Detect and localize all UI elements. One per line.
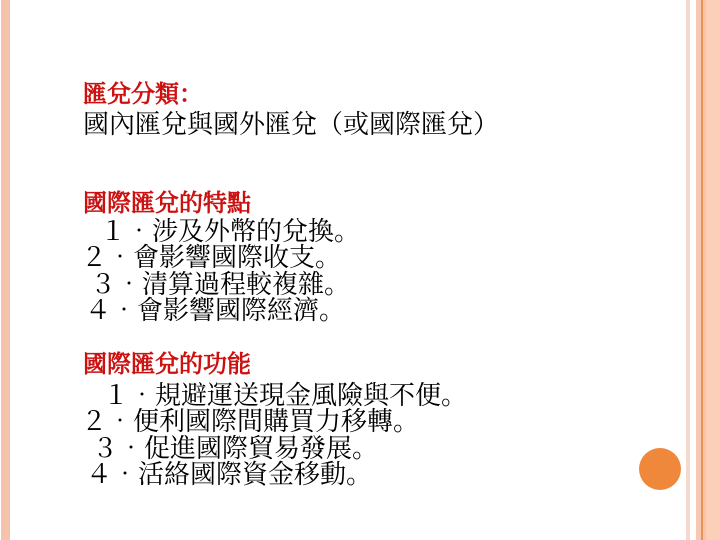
section-characteristics: 國際匯兌的特點 １‧涉及外幣的兌換。 ２‧會影響國際收支。 ３‧清算過程較複雜。…	[83, 190, 620, 325]
slide-title: 匯兌分類：	[83, 81, 620, 109]
list-item: １‧規避運送現金風險與不便。	[103, 383, 620, 409]
list-item: ３‧清算過程較複雜。	[90, 272, 620, 298]
list-item: １‧涉及外幣的兌換。	[100, 219, 620, 245]
section-functions-list: １‧規避運送現金風險與不便。 ２‧便利國際間購買力移轉。 ３‧促進國際貿易發展。…	[83, 383, 620, 489]
list-item: ４‧會影響國際經濟。	[85, 298, 620, 324]
section-functions-heading: 國際匯兌的功能	[83, 351, 620, 379]
list-item: ４‧活絡國際資金移動。	[86, 462, 620, 488]
list-item: ３‧促進國際貿易發展。	[92, 436, 620, 462]
section-characteristics-list: １‧涉及外幣的兌換。 ２‧會影響國際收支。 ３‧清算過程較複雜。 ４‧會影響國際…	[83, 219, 620, 325]
left-border-stripe	[1, 0, 10, 540]
title-block: 匯兌分類： 國內匯兌與國外匯兌（或國際匯兌）	[83, 81, 620, 140]
list-item: ２‧便利國際間購買力移轉。	[81, 409, 620, 435]
decorative-circle	[639, 448, 681, 490]
right-border-stripe-1	[686, 0, 690, 540]
slide-subtitle: 國內匯兌與國外匯兌（或國際匯兌）	[83, 109, 620, 140]
section-characteristics-heading: 國際匯兌的特點	[83, 190, 620, 218]
section-functions: 國際匯兌的功能 １‧規避運送現金風險與不便。 ２‧便利國際間購買力移轉。 ３‧促…	[83, 351, 620, 489]
list-item: ２‧會影響國際收支。	[81, 245, 620, 271]
presentation-slide: 匯兌分類： 國內匯兌與國外匯兌（或國際匯兌） 國際匯兌的特點 １‧涉及外幣的兌換…	[0, 0, 720, 540]
right-border-stripe-5	[706, 0, 720, 540]
